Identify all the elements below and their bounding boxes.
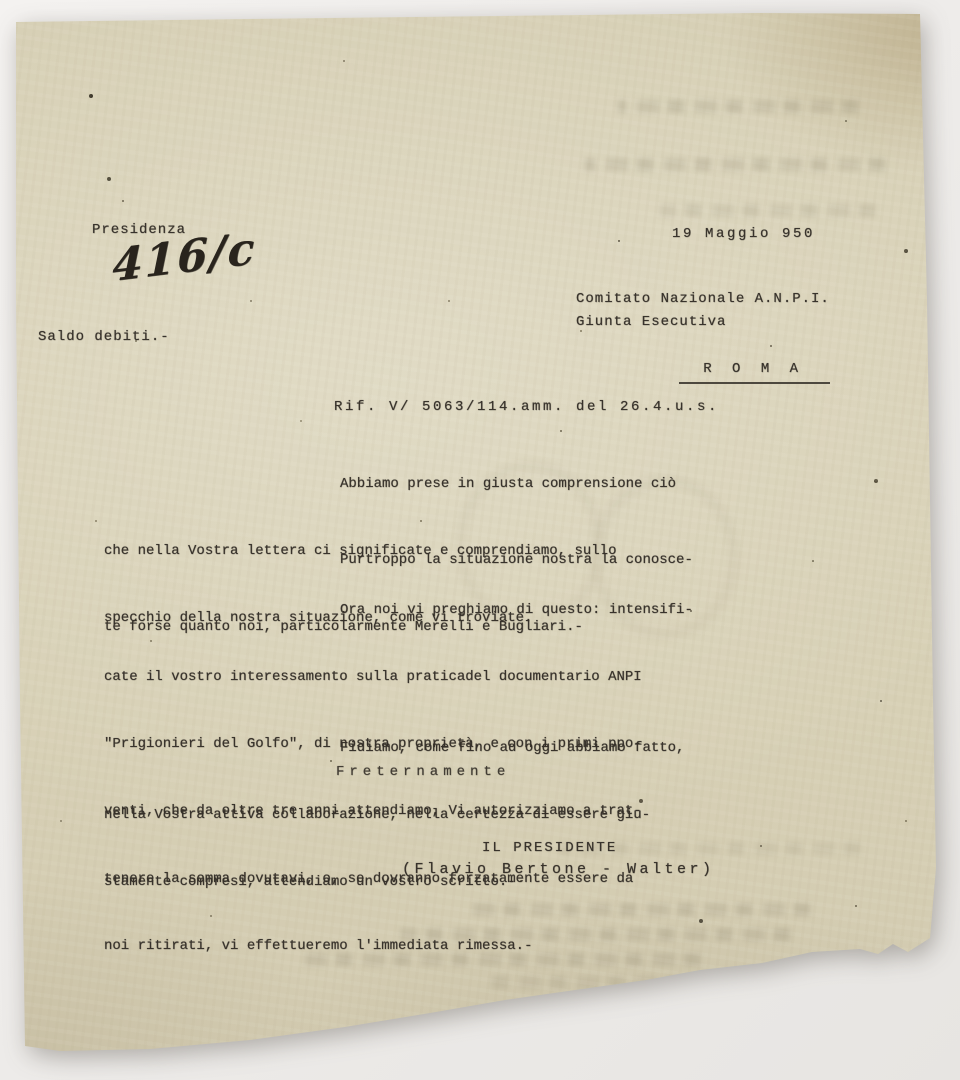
reference-line: Rif. V/ 5063/114.amm. del 26.4.u.s.: [334, 396, 719, 418]
letter-paper: Presidenza 416/c 19 Maggio 950 Comitato …: [0, 0, 960, 1080]
recipient-city: R O M A: [679, 358, 830, 383]
body-line: cate il vostro interessamento sulla prat…: [104, 666, 764, 688]
signature-title: IL PRESIDENTE: [482, 837, 617, 859]
paper-surface: Presidenza 416/c 19 Maggio 950 Comitato …: [0, 0, 960, 1080]
body-line: nella Vostra attiva collaborazione, nell…: [104, 804, 764, 826]
closing-salutation: Freternamente: [336, 761, 510, 783]
signature-name: (Flavio Bertone - Walter): [402, 859, 715, 881]
paper-speckles: [0, 0, 2, 2]
recipient-department: Giunta Esecutiva: [576, 311, 726, 333]
paragraph-4: Fidiamo, come fino ad oggi abbiamo fatto…: [104, 692, 764, 938]
subject-line: Saldo debiti.-: [38, 326, 170, 348]
recipient-organization: Comitato Nazionale A.N.P.I.: [576, 288, 830, 310]
body-line: Ora noi vi preghiamo di questo: intensif…: [104, 599, 764, 621]
scan-background: Presidenza 416/c 19 Maggio 950 Comitato …: [0, 0, 960, 1080]
body-line: Fidiamo, come fino ad oggi abbiamo fatto…: [104, 737, 764, 759]
letter-date: 19 Maggio 950: [672, 223, 815, 245]
body-line: Abbiamo prese in giusta comprensione ciò: [104, 473, 764, 495]
